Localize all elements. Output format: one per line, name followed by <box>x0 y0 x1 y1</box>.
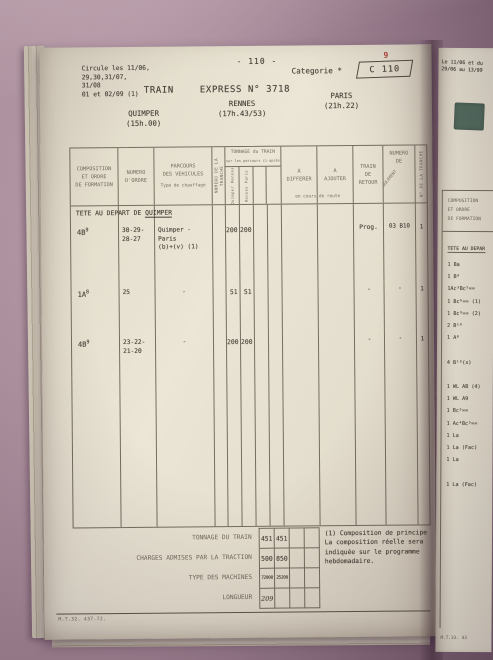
station-name: RENNES <box>218 99 266 109</box>
summary-label-charges: CHARGES ADMISES PAR LA TRACTION <box>74 548 259 570</box>
station-quimper: QUIMPER (15h.00) <box>126 109 161 128</box>
right-page-table-header: COMPOSITION ET ORDRE DE FORMATION <box>448 197 493 224</box>
row-parcours: - <box>156 333 215 408</box>
row-parcours: - <box>155 283 213 334</box>
table-header: COMPOSITION ET ORDRE DE FORMATION NUMERO… <box>70 145 426 206</box>
summary-value-handwritten: 209 <box>260 589 275 609</box>
header-composition: COMPOSITION ET ORDRE DE FORMATION <box>70 148 118 205</box>
summary-label-longueur: LONGUEUR <box>74 588 259 610</box>
right-page-reference-code: M.T.32. 43 <box>440 636 466 641</box>
form-reference-code: M.T.32. 437.72. <box>58 617 106 622</box>
row-ordre: 30-29- 28-27 <box>119 222 156 284</box>
row-ordre: 23-22- 21-20 <box>120 334 157 408</box>
header-en-cours-de-route: en cours de route <box>282 193 354 202</box>
header-train-retour: TRAIN DE RETOUR <box>353 146 383 203</box>
train-word: TRAIN <box>144 86 174 96</box>
summary-block: TONNAGE DU TRAIN CHARGES ADMISES PAR LA … <box>74 527 321 610</box>
table-row: 4B9 30-29- 28-27 Quimper - Paris (b)+(v)… <box>71 219 428 284</box>
right-page-circulation: Le 11/06 et du 29/06 au 13/09 <box>441 59 483 75</box>
header-roulement-diagonal: ROULEMENT <box>383 168 399 191</box>
row-tonnage-2: 200 <box>240 221 255 283</box>
summary-value: 72000 <box>260 569 275 589</box>
summary-value: 25200 <box>275 569 290 589</box>
empty-band <box>73 405 430 527</box>
row-tonnage-1: 51 <box>226 283 240 333</box>
row-tonnage-1: 200 <box>226 221 241 283</box>
header-parcours-title: PARCOURS DES VEHICULES <box>160 162 205 178</box>
page-number: - 110 - <box>237 57 278 66</box>
right-page-composition-items: 1 Ba 1 B⁸ 1Ac³Bc⁵== 1 Bc⁹== (1) 1 Bc⁹== … <box>446 259 493 491</box>
station-paris: PARIS (21h.22) <box>324 91 359 110</box>
stations-row: QUIMPER (15h.00) RENNES (17h.43/53) PARI… <box>39 44 431 47</box>
right-page-table-fragment: COMPOSITION ET ORDRE DE FORMATION TETE A… <box>440 190 493 628</box>
header-numero-tranche: NUMERO DE LA TRANCHE <box>212 147 225 204</box>
header-tonnage-col-empty2 <box>267 167 281 204</box>
station-rennes: RENNES (17h.43/53) <box>218 99 266 118</box>
categorie-label: Categorie * <box>292 66 342 75</box>
train-number: EXPRESS N° 3718 <box>200 85 290 96</box>
green-stamp <box>454 102 485 130</box>
footer-rule <box>56 610 430 614</box>
header-tonnage-subtitle: sur les parcours ci-après <box>225 157 280 167</box>
red-stamp-digit: 9 <box>383 51 388 60</box>
right-page-section-fragment: TETE AU DEPAR <box>448 247 486 253</box>
c110-stamp-box: C 110 <box>356 60 413 79</box>
summary-value: 850 <box>275 549 290 569</box>
header-tonnage-group: TONNAGE du TRAIN sur les parcours ci-apr… <box>225 147 281 204</box>
row-tonnage-1: 200 <box>227 333 242 407</box>
row-train-retour: - <box>355 332 386 406</box>
photo-of-document: Circule les 11/06, 29,30,31/07, 31/08 01… <box>0 0 493 660</box>
station-time: (17h.43/53) <box>218 108 266 118</box>
table-row: 1A8 25 - 51 51 - - 1 <box>71 281 427 334</box>
header-numero-ordre: NUMERO D'ORDRE <box>118 148 154 205</box>
row-train-retour: Prog. <box>354 220 385 282</box>
right-page-sliver: Le 11/06 et du 29/06 au 13/09 COMPOSITIO… <box>435 48 493 652</box>
c110-stamp-text: C 110 <box>369 64 400 75</box>
header-parcours: PARCOURS DES VEHICULES Type de chauffage <box>154 147 212 205</box>
table-row: 4B9 23-22- 21-20 - 200 200 - - 1 <box>72 331 429 408</box>
summary-value <box>275 589 290 609</box>
station-name: PARIS <box>324 91 359 101</box>
row-roulement: 03 B10 <box>384 219 417 281</box>
station-time: (21h.22) <box>324 100 359 110</box>
header-tonnage-col-empty1 <box>253 167 267 204</box>
composition-table: COMPOSITION ET ORDRE DE FORMATION NUMERO… <box>69 144 430 528</box>
summary-value: 451 <box>260 529 275 549</box>
row-ordre: 25 <box>119 284 155 334</box>
summary-value: 500 <box>260 549 275 569</box>
header-type-chauffage: Type de chauffage <box>161 182 206 190</box>
summary-value: 451 <box>275 529 290 549</box>
header-tonnage-title: TONNAGE du TRAIN <box>225 147 280 157</box>
summary-label-tonnage: TONNAGE DU TRAIN <box>74 528 259 550</box>
circulation-dates: Circule les 11/06, 29,30,31/07, 31/08 01… <box>82 65 151 100</box>
header-tonnage-col-rennes-paris: Rennes Paris <box>239 167 253 204</box>
header-numero-roulement: NUMERO DE ROULEMENT <box>383 145 415 202</box>
station-time: (15h.00) <box>126 118 161 128</box>
train-title: TRAIN EXPRESS N° 3718 <box>144 85 290 96</box>
right-page-header-rule <box>443 231 493 232</box>
station-name: QUIMPER <box>126 109 161 119</box>
row-tonnage-2: 51 <box>240 283 254 333</box>
row-train-retour: - <box>354 282 384 332</box>
summary-value-grid: 451 451 500 850 72000 25200 209 <box>259 527 321 609</box>
main-page: Circule les 11/06, 29,30,31/07, 31/08 01… <box>39 44 436 639</box>
summary-labels: TONNAGE DU TRAIN CHARGES ADMISES PAR LA … <box>74 528 260 611</box>
row-tonnage-2: 200 <box>241 333 256 407</box>
summary-label-machines: TYPE DES MACHINES <box>74 568 259 590</box>
row-parcours: Quimper - Paris (b)+(v) (1) <box>155 221 214 284</box>
header-tonnage-col-quimper-rennes: Quimper Rennes <box>225 167 239 204</box>
row-roulement: - <box>384 281 416 331</box>
table-body: TETE AU DEPART DE QUIMPER 4B9 30-29- 28-… <box>71 203 430 527</box>
section-title: TETE AU DEPART DE QUIMPER <box>76 209 172 218</box>
row-roulement: - <box>385 331 418 405</box>
